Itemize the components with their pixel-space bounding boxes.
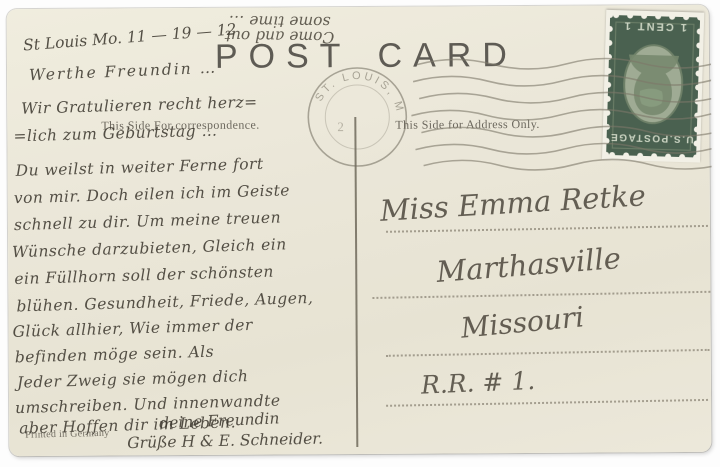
message-line: Wünsche darzubieten, Gleich ein	[12, 235, 287, 261]
address-line-3: Missouri	[459, 300, 585, 344]
signature: Grüße H & E. Schneider.	[127, 430, 323, 453]
address-line-2: Marthasville	[435, 241, 622, 289]
message-line: Jeder Zweig sie mögen dich	[17, 367, 249, 392]
address-area: Miss Emma Retke Marthasville Missouri R.…	[7, 5, 709, 9]
address-rule	[386, 399, 708, 407]
message-line: von mir. Doch eilen ich im Geiste	[14, 181, 291, 207]
message-salutation: Werthe Freundin …	[29, 59, 218, 85]
printed-in-germany-label: Printed in Germany	[25, 428, 110, 441]
message-line: ein Füllhorn soll der schönsten	[14, 263, 274, 288]
message-area: St Louis Mo. 11 — 19 — 12 Come and out s…	[7, 5, 709, 9]
message-line: Glück allhier, Wie immer der	[12, 316, 253, 341]
postmark-circle: ST. LOUIS, MO. 2	[291, 53, 424, 186]
message-line: Du weilst in weiter Ferne fort	[15, 155, 264, 180]
message-line: blühen. Gesundheit, Friede, Augen,	[16, 289, 313, 316]
signature-prefix: deine Freundin	[159, 409, 280, 432]
address-line-1: Miss Emma Retke	[379, 178, 647, 227]
address-rule	[386, 349, 710, 357]
upside-down-note-line2: some time …	[225, 13, 335, 29]
cancellation-wavy-lines	[411, 51, 712, 173]
message-line: =lich zum Geburtstag …	[13, 122, 218, 146]
message-line: Wir Gratulieren recht herz=	[21, 93, 258, 118]
address-rule	[372, 291, 710, 299]
postcard: POSTCARD This Side For correspondence. T…	[7, 5, 712, 456]
message-line: befinden möge sein. Als	[15, 343, 215, 367]
address-line-4: R.R. # 1.	[420, 366, 535, 400]
postmark-hour-text: 2	[337, 119, 344, 134]
message-dateline: St Louis Mo. 11 — 19 — 12	[22, 20, 237, 54]
stamp-bottom-text: 1 CENT 1	[623, 19, 688, 33]
postmark-city-text: ST. LOUIS, MO.	[291, 53, 406, 116]
scan-background: POSTCARD This Side For correspondence. T…	[0, 0, 720, 467]
upside-down-note: Come and out some time …	[225, 13, 335, 44]
svg-text:ST. LOUIS, MO.: ST. LOUIS, MO.	[291, 53, 406, 116]
message-line: schnell zu dir. Um meine treuen	[14, 208, 282, 234]
address-rule	[386, 225, 708, 233]
